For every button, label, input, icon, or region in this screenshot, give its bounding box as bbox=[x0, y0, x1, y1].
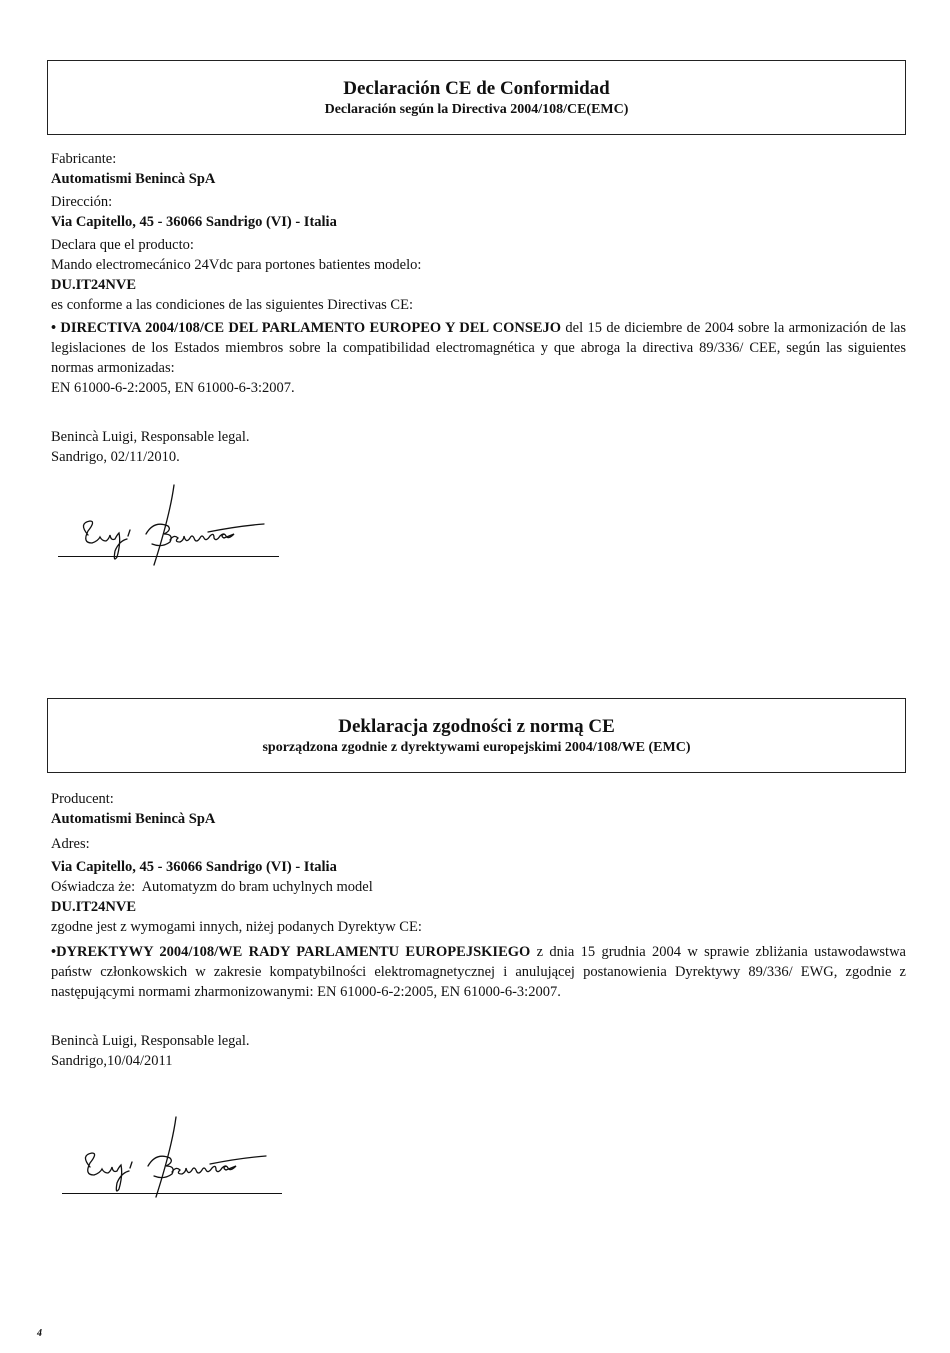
pl-directive-title: •DYREKTYWY 2004/108/WE RADY PARLAMENTU E… bbox=[51, 944, 530, 960]
es-model: DU.IT24NVE bbox=[51, 275, 906, 295]
es-manufacturer-label: Fabricante: bbox=[51, 149, 906, 169]
pl-place-date: Sandrigo,10/04/2011 bbox=[51, 1051, 906, 1071]
pl-manufacturer-name: Automatismi Benincà SpA bbox=[51, 809, 906, 829]
es-declaration-body: Fabricante: Automatismi Benincà SpA Dire… bbox=[51, 149, 906, 467]
pl-declares-text: Oświadcza że: Automatyzm do bram uchylny… bbox=[51, 877, 906, 897]
pl-header-box: Deklaracja zgodności z normą CE sporządz… bbox=[47, 698, 906, 773]
es-standards: EN 61000-6-2:2005, EN 61000-6-3:2007. bbox=[51, 378, 906, 398]
es-product-desc: Mando electromecánico 24Vdc para portone… bbox=[51, 255, 906, 275]
es-address-value: Via Capitello, 45 - 36066 Sandrigo (VI) … bbox=[51, 212, 906, 232]
es-declares-label: Declara que el producto: bbox=[51, 235, 906, 255]
es-subtitle: Declaración según la Directiva 2004/108/… bbox=[48, 101, 905, 119]
es-place-date: Sandrigo, 02/11/2010. bbox=[51, 447, 906, 467]
pl-address-value: Via Capitello, 45 - 36066 Sandrigo (VI) … bbox=[51, 857, 906, 877]
pl-address-label: Adres: bbox=[51, 834, 906, 854]
pl-model: DU.IT24NVE bbox=[51, 897, 906, 917]
pl-title: Deklaracja zgodności z normą CE bbox=[48, 716, 905, 738]
pl-signature-line bbox=[62, 1193, 282, 1194]
pl-conforms-text: zgodne jest z wymogami innych, niżej pod… bbox=[51, 917, 906, 937]
es-title: Declaración CE de Conformidad bbox=[48, 78, 905, 100]
pl-signatory: Benincà Luigi, Responsable legal. bbox=[51, 1031, 906, 1051]
es-manufacturer-name: Automatismi Benincà SpA bbox=[51, 169, 906, 189]
pl-manufacturer-label: Producent: bbox=[51, 789, 906, 809]
pl-subtitle: sporządzona zgodnie z dyrektywami europe… bbox=[48, 739, 905, 757]
page-number: 4 bbox=[37, 1328, 42, 1339]
es-header-box: Declaración CE de Conformidad Declaració… bbox=[47, 60, 906, 135]
es-signature-image bbox=[58, 480, 283, 575]
es-signature-line bbox=[58, 556, 279, 557]
es-directive-paragraph: • DIRECTIVA 2004/108/CE DEL PARLAMENTO E… bbox=[51, 318, 906, 378]
pl-declaration-body: Producent: Automatismi Benincà SpA Adres… bbox=[51, 789, 906, 1071]
es-conforms-text: es conforme a las condiciones de las sig… bbox=[51, 295, 906, 315]
pl-directive-paragraph: •DYREKTYWY 2004/108/WE RADY PARLAMENTU E… bbox=[51, 942, 906, 1002]
es-signatory: Benincà Luigi, Responsable legal. bbox=[51, 427, 906, 447]
es-address-label: Dirección: bbox=[51, 192, 906, 212]
es-directive-title: • DIRECTIVA 2004/108/CE DEL PARLAMENTO E… bbox=[51, 320, 561, 336]
